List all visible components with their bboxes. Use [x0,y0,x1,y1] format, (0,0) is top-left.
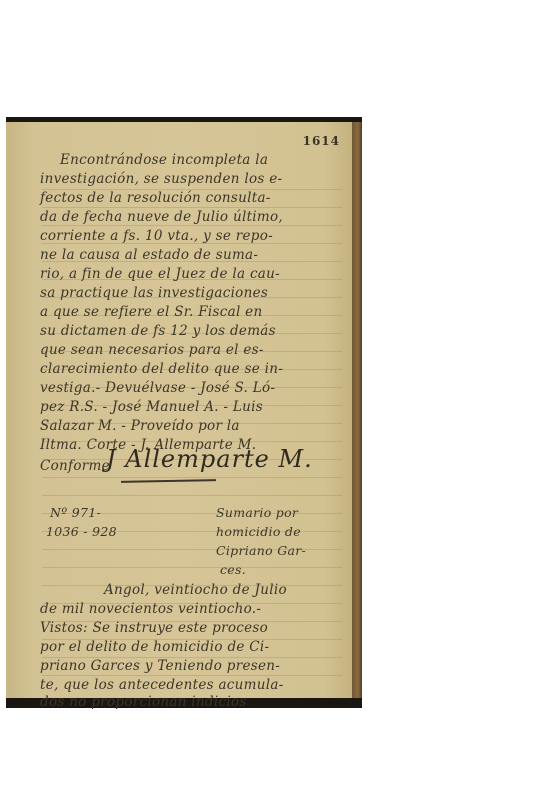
case-title-line: Cipriano Gar- [216,543,306,558]
text-line: Encontrándose incompleta la [60,152,268,168]
case-title-line: homicidio de [216,524,301,539]
text-line: vestiga.- Devuélvase - José S. Ló- [40,380,275,396]
case-number: Nº 971- [50,505,101,520]
signature: J Allemparte M. [106,445,313,473]
conforme-label: Conforme [40,458,110,474]
folio-number: 1614 [303,134,340,148]
text-line: fectos de la resolución consulta- [40,190,271,206]
page-edge [352,122,362,698]
text-line: de mil novecientos veintiocho.- [40,601,261,617]
text-line: sa practique las investigaciones [40,285,268,301]
text-line: investigación, se suspenden los e- [40,171,282,187]
text-line: que sean necesarios para el es- [40,342,264,358]
case-reference: 1036 - 928 [46,524,117,539]
text-line: corriente a fs. 10 vta., y se repo- [40,228,273,244]
text-line: rio, a fin de que el Juez de la cau- [40,266,280,282]
text-line: a que se refiere el Sr. Fiscal en [40,304,262,320]
text-line: da de fecha nueve de Julio último, [40,209,283,225]
text-line: pez R.S. - José Manuel A. - Luis [40,399,263,415]
text-line: clarecimiento del delito que se in- [40,361,283,377]
ledger-page: 1614 Encontrándose incompleta la investi… [6,122,352,698]
ledger-book: 1614 Encontrándose incompleta la investi… [6,117,362,708]
case-title-line: ces. [220,562,246,577]
text-line: Vistos: Se instruye este proceso [40,620,268,636]
text-line: dos no proporcionan indicios [40,694,247,710]
text-line: priano Garces y Teniendo presen- [40,658,280,674]
text-line: por el delito de homicidio de Ci- [40,639,269,655]
text-line: ne la causa al estado de suma- [40,247,258,263]
text-line: su dictamen de fs 12 y los demás [40,323,276,339]
case-title-line: Sumario por [216,505,298,520]
text-line: Salazar M. - Proveído por la [40,418,240,434]
text-line: Angol, veintiocho de Julio [104,582,287,598]
text-line: te, que los antecedentes acumula- [40,677,284,693]
